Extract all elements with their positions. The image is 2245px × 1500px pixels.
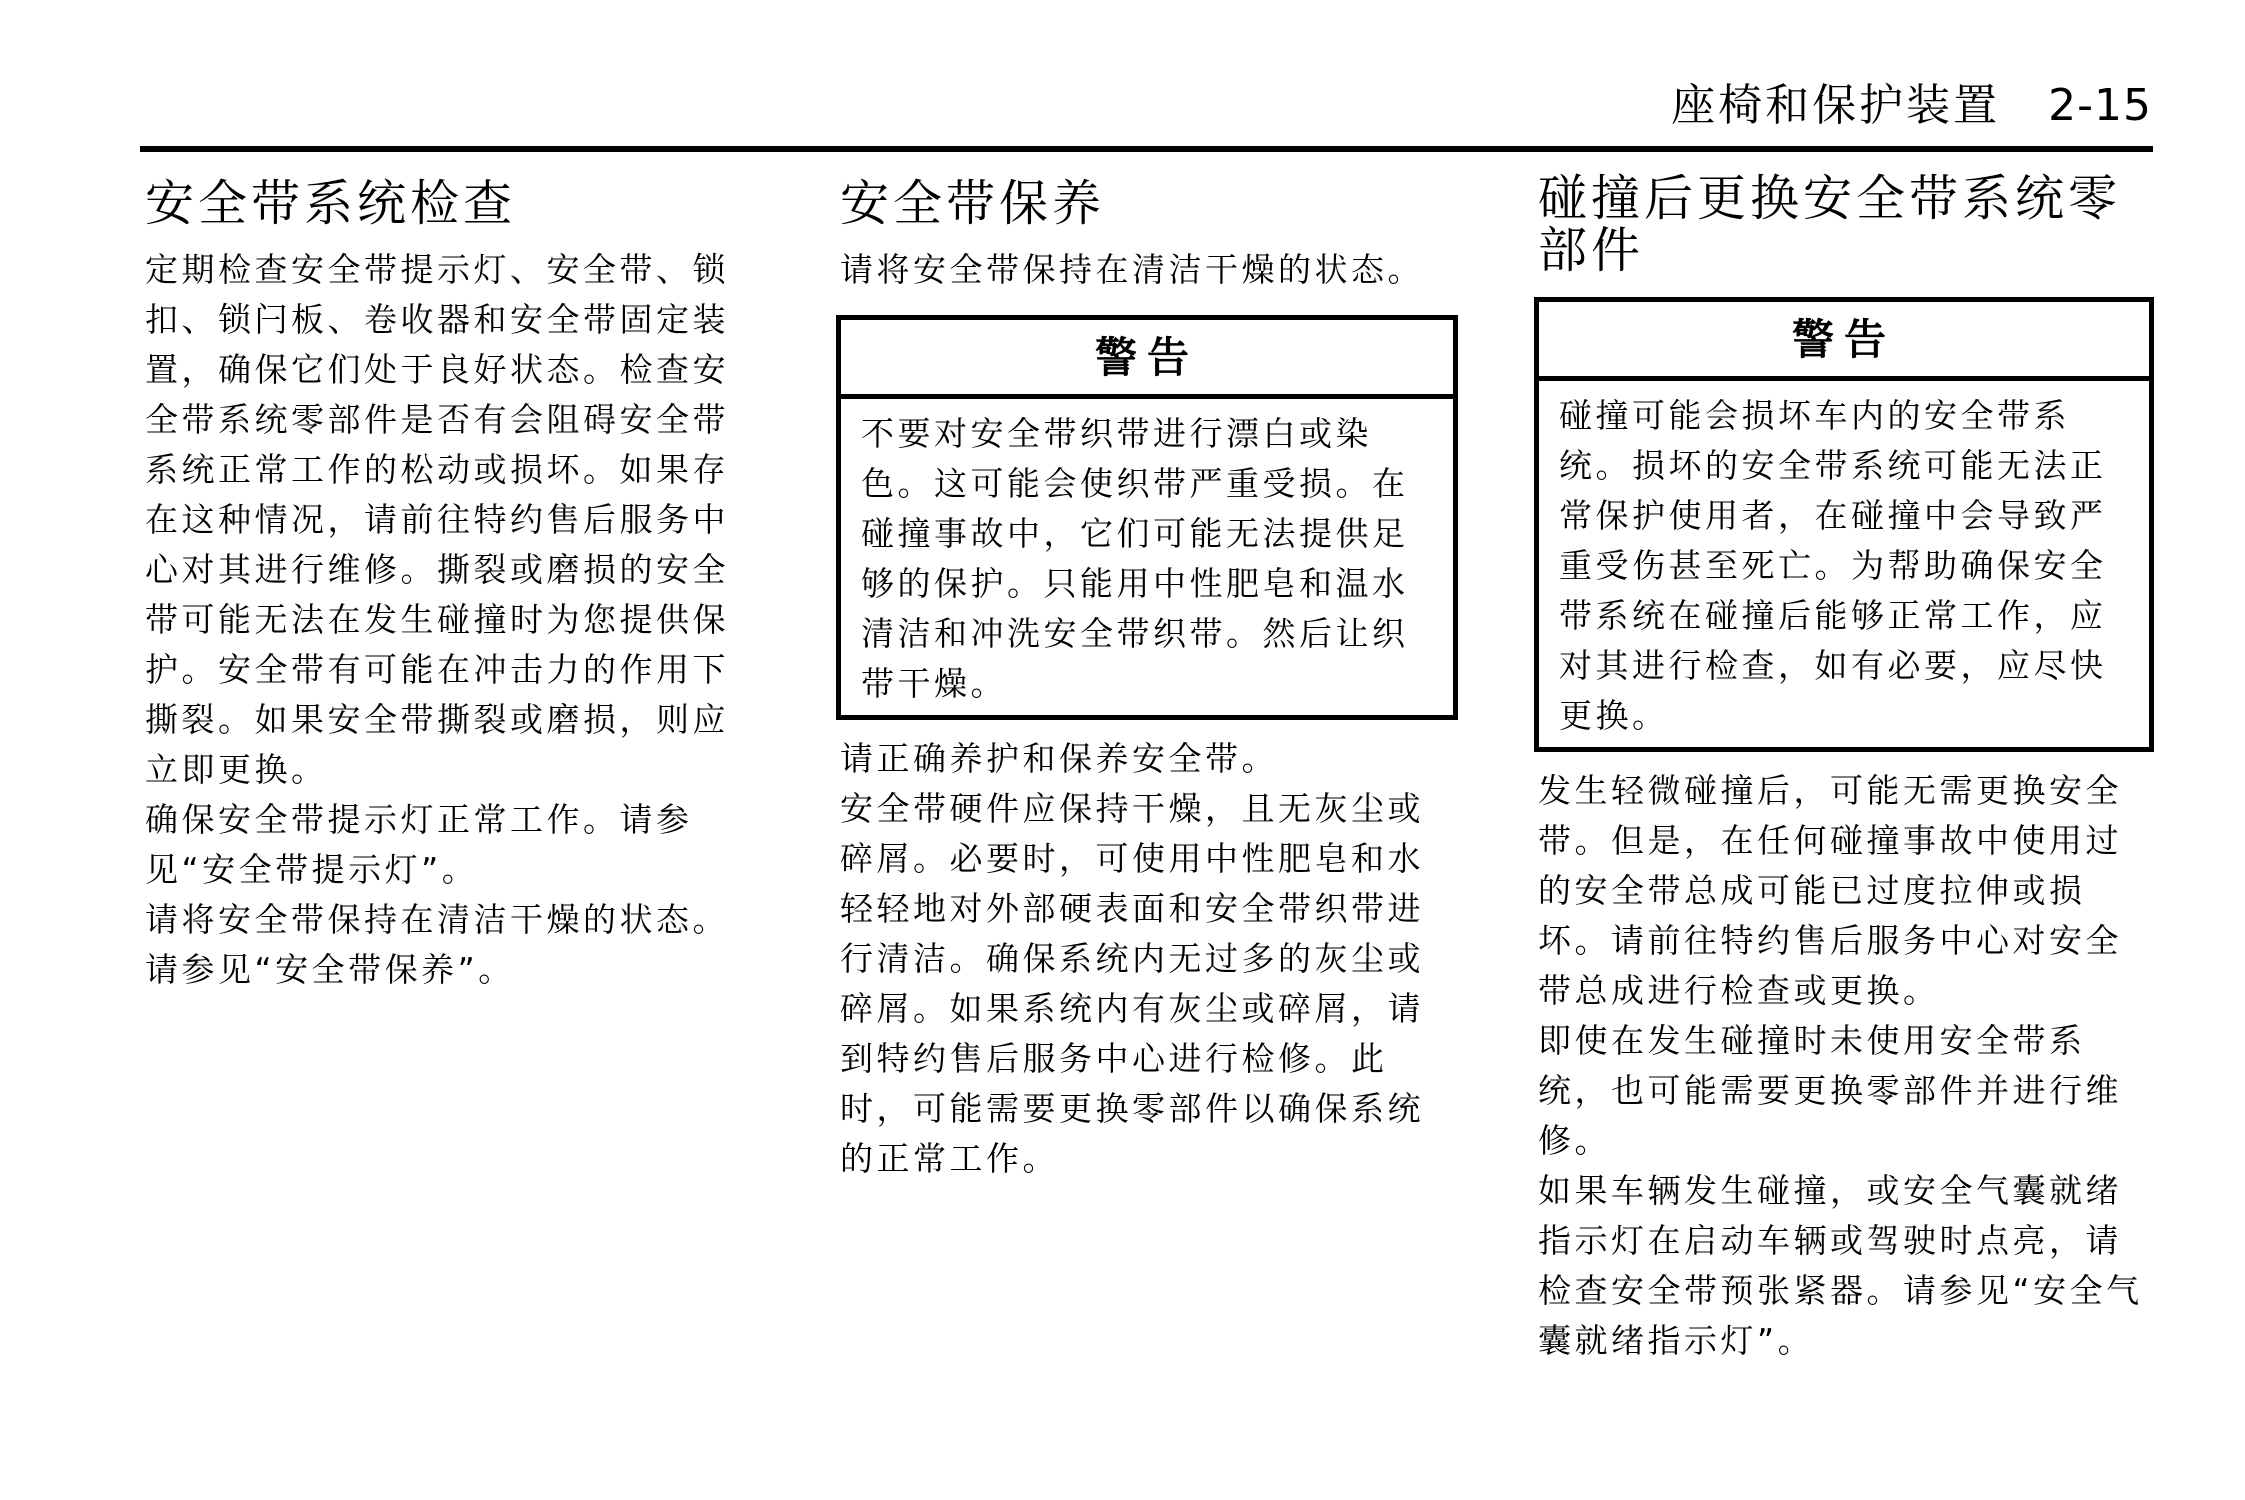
warning-box: 警告 碰撞可能会损坏车内的安全带系统。损坏的安全带系统可能无法正常保护使用者，在…	[1534, 297, 2154, 752]
section-title: 碰撞后更换安全带系统零部件	[1538, 170, 2154, 277]
section-title: 安全带系统检查	[145, 170, 763, 235]
warning-text: 碰撞可能会损坏车内的安全带系统。损坏的安全带系统可能无法正常保护使用者，在碰撞中…	[1559, 391, 2135, 741]
intro-paragraph: 请将安全带保持在清洁干燥的状态。	[840, 245, 1458, 295]
section-title: 安全带保养	[840, 170, 1458, 235]
running-header: 座椅和保护装置2-15	[1671, 78, 2152, 134]
paragraph: 发生轻微碰撞后，可能无需更换安全带。但是，在任何碰撞事故中使用过的安全带总成可能…	[1538, 766, 2154, 1016]
paragraph: 请将安全带保持在清洁干燥的状态。请参见“安全带保养”。	[145, 895, 763, 995]
warning-label: 警告	[1539, 302, 2149, 381]
warning-body: 不要对安全带织带进行漂白或染色。这可能会使织带严重受损。在碰撞事故中，它们可能无…	[841, 399, 1453, 715]
paragraph: 定期检查安全带提示灯、安全带、锁扣、锁闩板、卷收器和安全带固定装置，确保它们处于…	[145, 245, 763, 795]
paragraph: 安全带硬件应保持干燥，且无灰尘或碎屑。必要时，可使用中性肥皂和水轻轻地对外部硬表…	[840, 784, 1458, 1184]
page-number: 2-15	[2048, 80, 2152, 131]
paragraph: 确保安全带提示灯正常工作。请参见“安全带提示灯”。	[145, 795, 763, 895]
section-seatbelt-inspection: 安全带系统检查 定期检查安全带提示灯、安全带、锁扣、锁闩板、卷收器和安全带固定装…	[145, 170, 763, 995]
chapter-title: 座椅和保护装置	[1671, 80, 2000, 131]
paragraph: 即使在发生碰撞时未使用安全带系统，也可能需要更换零部件并进行维修。	[1538, 1016, 2154, 1166]
header-rule	[140, 146, 2153, 152]
warning-body: 碰撞可能会损坏车内的安全带系统。损坏的安全带系统可能无法正常保护使用者，在碰撞中…	[1539, 381, 2149, 747]
paragraph: 如果车辆发生碰撞，或安全气囊就绪指示灯在启动车辆或驾驶时点亮，请检查安全带预张紧…	[1538, 1166, 2154, 1366]
section-replace-after-crash: 碰撞后更换安全带系统零部件 警告 碰撞可能会损坏车内的安全带系统。损坏的安全带系…	[1538, 170, 2154, 1366]
warning-box: 警告 不要对安全带织带进行漂白或染色。这可能会使织带严重受损。在碰撞事故中，它们…	[836, 315, 1458, 720]
section-seatbelt-care: 安全带保养 请将安全带保持在清洁干燥的状态。 警告 不要对安全带织带进行漂白或染…	[840, 170, 1458, 1184]
warning-text: 不要对安全带织带进行漂白或染色。这可能会使织带严重受损。在碰撞事故中，它们可能无…	[861, 409, 1439, 709]
paragraph: 请正确养护和保养安全带。	[840, 734, 1458, 784]
warning-label: 警告	[841, 320, 1453, 399]
